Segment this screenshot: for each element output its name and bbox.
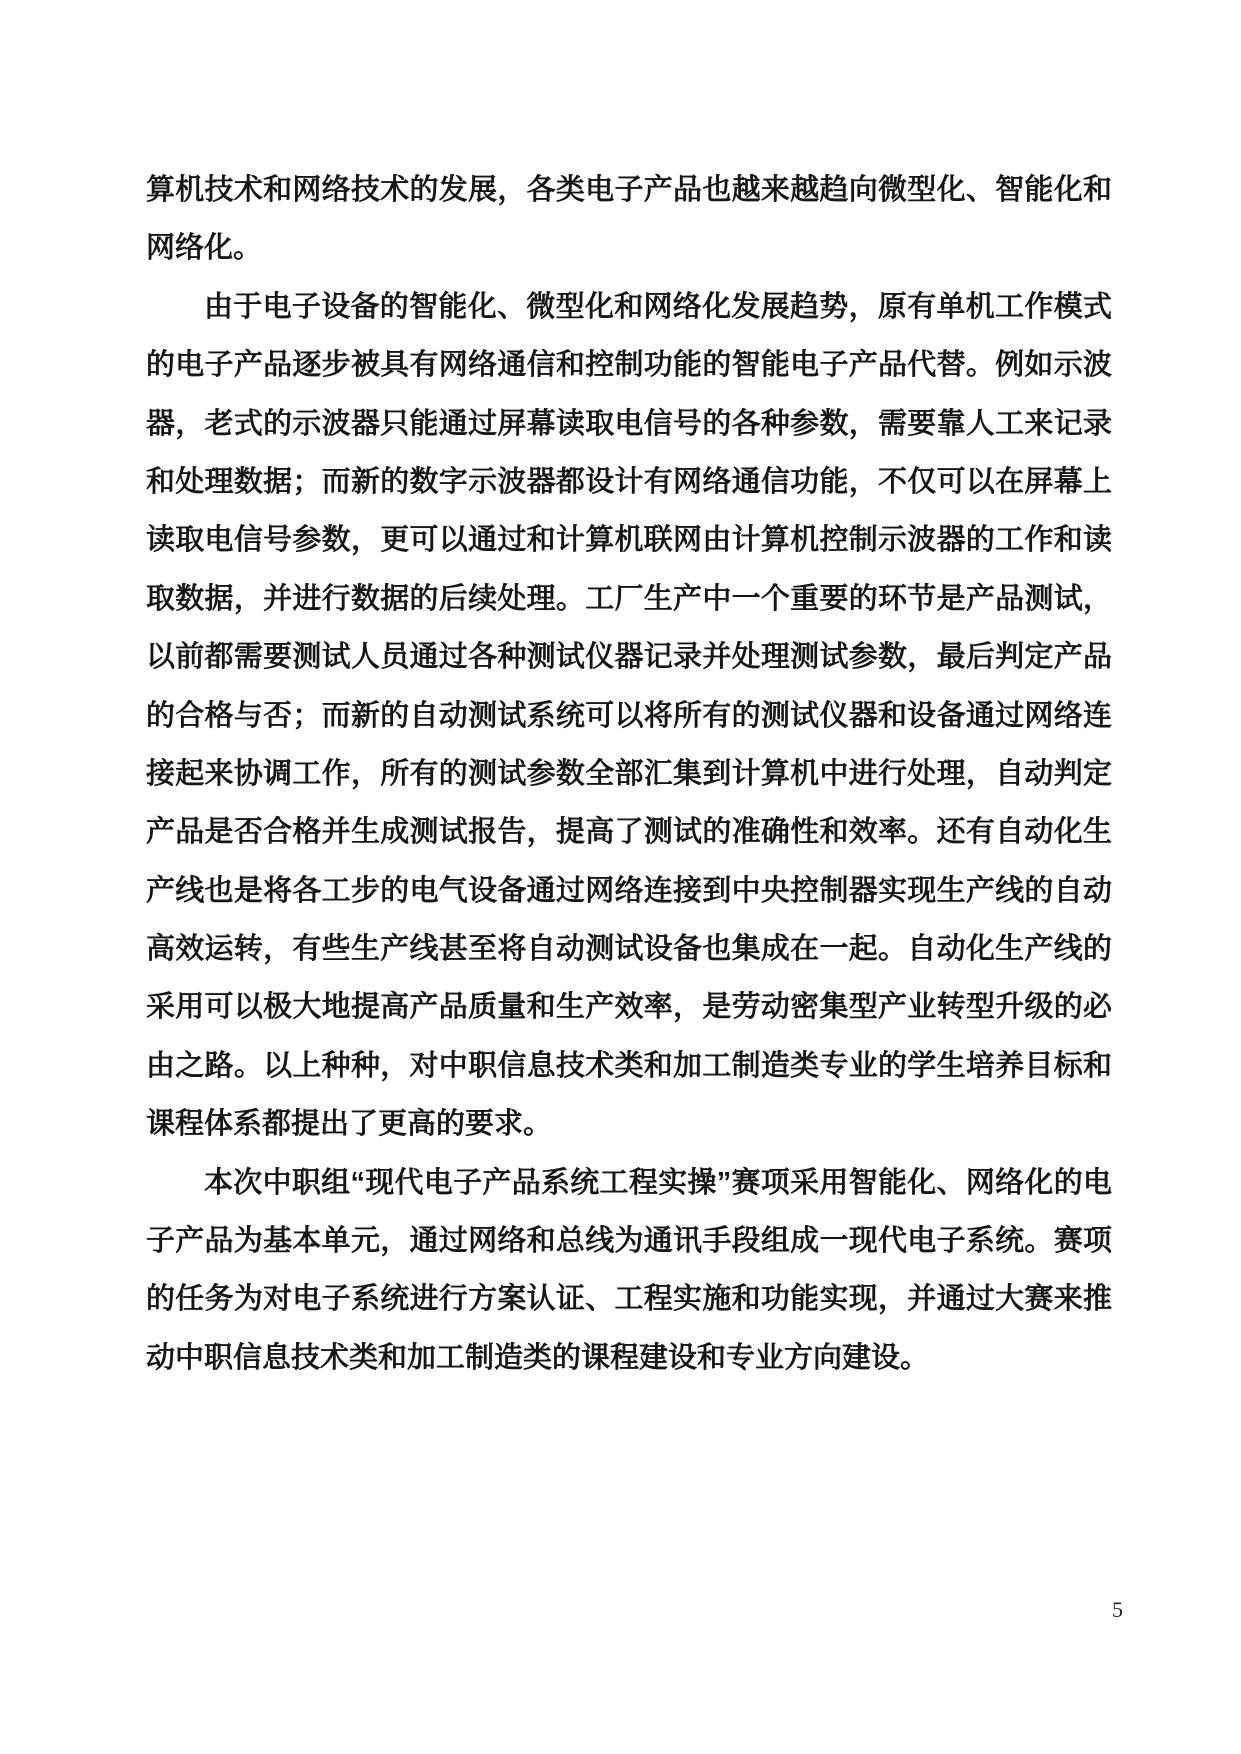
- text-line: 的电子产品逐步被具有网络通信和控制功能的智能电子产品代替。例如示波: [146, 336, 1112, 394]
- text-line: 器，老式的示波器只能通过屏幕读取电信号的各种参数，需要靠人工来记录: [146, 395, 1112, 453]
- text-line: 的任务为对电子系统进行方案认证、工程实施和功能实现，并通过大赛来推: [146, 1270, 1112, 1328]
- text-line: 高效运转，有些生产线甚至将自动测试设备也集成在一起。自动化生产线的: [146, 920, 1112, 978]
- text-line: 采用可以极大地提高产品质量和生产效率，是劳动密集型产业转型升级的必: [146, 978, 1112, 1036]
- text-line: 接起来协调工作，所有的测试参数全部汇集到计算机中进行处理，自动判定: [146, 745, 1112, 803]
- text-line: 算机技术和网络技术的发展，各类电子产品也越来越趋向微型化、智能化和: [146, 161, 1112, 219]
- text-line: 本次中职组“现代电子产品系统工程实操”赛项采用智能化、网络化的电: [146, 1154, 1112, 1212]
- text-line: 课程体系都提出了更高的要求。: [146, 1095, 1112, 1153]
- text-line: 产线也是将各工步的电气设备通过网络连接到中央控制器实现生产线的自动: [146, 862, 1112, 920]
- document-page: 算机技术和网络技术的发展，各类电子产品也越来越趋向微型化、智能化和网络化。由于电…: [0, 0, 1241, 1754]
- text-line: 读取电信号参数，更可以通过和计算机联网由计算机控制示波器的工作和读: [146, 511, 1112, 569]
- body-text: 算机技术和网络技术的发展，各类电子产品也越来越趋向微型化、智能化和网络化。由于电…: [146, 161, 1112, 1387]
- text-line: 网络化。: [146, 219, 1112, 277]
- text-line: 的合格与否；而新的自动测试系统可以将所有的测试仪器和设备通过网络连: [146, 687, 1112, 745]
- text-line: 和处理数据；而新的数字示波器都设计有网络通信功能，不仅可以在屏幕上: [146, 453, 1112, 511]
- text-line: 由于电子设备的智能化、微型化和网络化发展趋势，原有单机工作模式: [146, 278, 1112, 336]
- text-line: 子产品为基本单元，通过网络和总线为通讯手段组成一现代电子系统。赛项: [146, 1212, 1112, 1270]
- text-line: 由之路。以上种种，对中职信息技术类和加工制造类专业的学生培养目标和: [146, 1037, 1112, 1095]
- text-line: 产品是否合格并生成测试报告，提高了测试的准确性和效率。还有自动化生: [146, 803, 1112, 861]
- text-line: 动中职信息技术类和加工制造类的课程建设和专业方向建设。: [146, 1329, 1112, 1387]
- page-number: 5: [1112, 1597, 1123, 1623]
- text-line: 取数据，并进行数据的后续处理。工厂生产中一个重要的环节是产品测试，: [146, 570, 1112, 628]
- text-line: 以前都需要测试人员通过各种测试仪器记录并处理测试参数，最后判定产品: [146, 628, 1112, 686]
